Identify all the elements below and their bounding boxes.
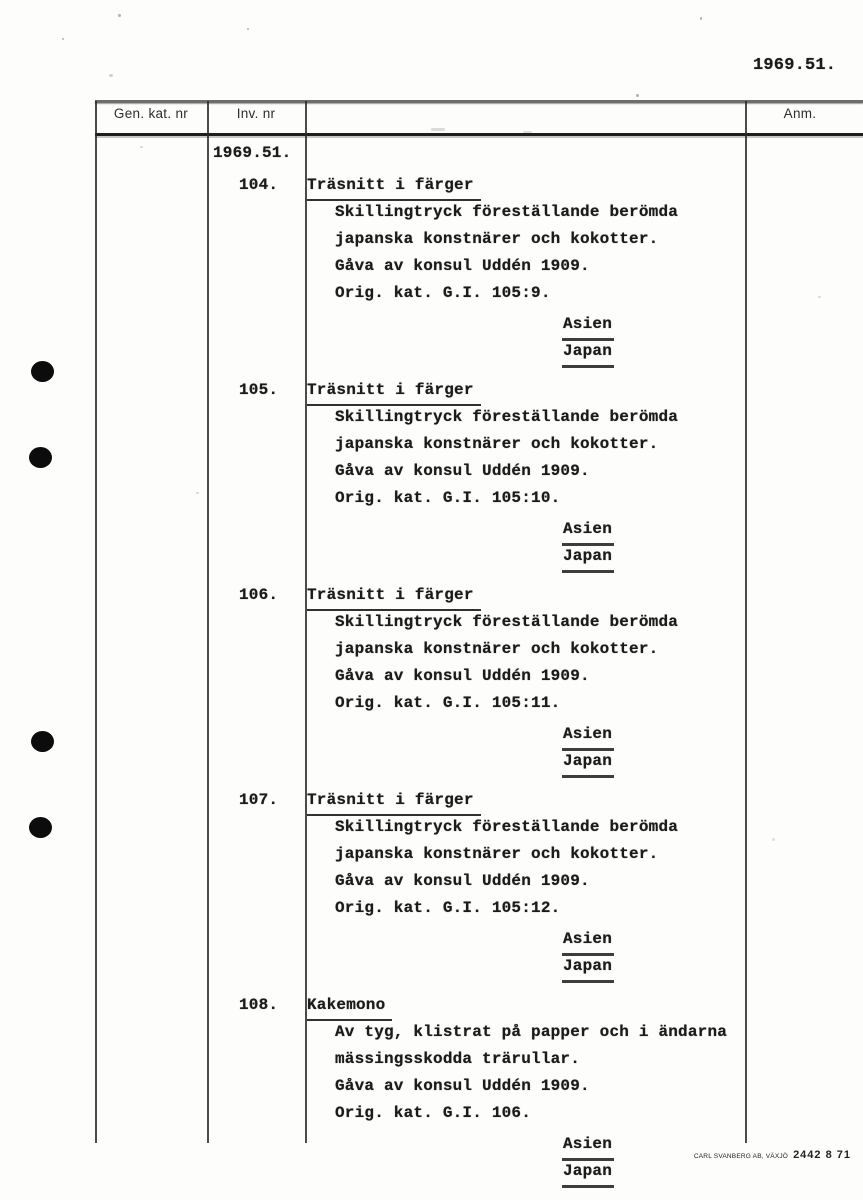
entry-title-text: Träsnitt i färger: [307, 172, 481, 201]
scan-speckle: [523, 131, 532, 133]
description-line: Orig. kat. G.I. 105:11.: [335, 690, 747, 717]
scan-speckle: [247, 28, 249, 30]
scan-speckle: [636, 94, 639, 97]
description-line: Gåva av konsul Uddén 1909.: [335, 663, 747, 690]
entry-title-text: Träsnitt i färger: [307, 582, 481, 611]
entry-title: Träsnitt i färger: [307, 172, 747, 199]
entry-title: Träsnitt i färger: [307, 377, 747, 404]
description-line: mässingsskodda trärullar.: [335, 1046, 747, 1073]
description-line: Skillingtryck föreställande berömda: [335, 609, 747, 636]
geo-tag: Japan: [562, 1158, 747, 1185]
entry-title: Kakemono: [307, 992, 747, 1019]
geo-tag: Asien: [562, 926, 747, 953]
entry-inv-nr: 108.: [239, 992, 278, 1019]
geo-tag: Asien: [562, 721, 747, 748]
scan-speckle: [109, 74, 113, 77]
table-left-border: [95, 101, 97, 1143]
description-line: Gåva av konsul Uddén 1909.: [335, 1073, 747, 1100]
scan-speckle: [431, 128, 445, 131]
punch-hole: [29, 447, 52, 468]
description-line: Orig. kat. G.I. 105:12.: [335, 895, 747, 922]
scan-speckle: [700, 17, 702, 20]
entry-inv-nr: 105.: [239, 377, 278, 404]
entry-description: Skillingtryck föreställande berömdajapan…: [335, 814, 747, 922]
description-line: japanska konstnärer och kokotter.: [335, 226, 747, 253]
entry-description: Skillingtryck föreställande berömdajapan…: [335, 404, 747, 512]
geo-tag: Asien: [562, 311, 747, 338]
description-line: Av tyg, klistrat på papper och i ändarna: [335, 1019, 747, 1046]
entry-inv-nr: 107.: [239, 787, 278, 814]
entry-tags: AsienJapan: [562, 926, 747, 980]
printer-code: 2442 8 71: [793, 1149, 851, 1161]
entry-tags: AsienJapan: [562, 311, 747, 365]
entry-description: Skillingtryck föreställande berömdajapan…: [335, 199, 747, 307]
column-header-anm: Anm.: [745, 106, 855, 121]
entry-title-text: Träsnitt i färger: [307, 377, 481, 406]
geo-tag-text: Asien: [562, 1131, 614, 1161]
geo-tag-text: Asien: [562, 721, 614, 751]
description-line: Skillingtryck föreställande berömda: [335, 199, 747, 226]
scan-speckle: [118, 14, 121, 17]
description-line: japanska konstnärer och kokotter.: [335, 431, 747, 458]
punch-hole: [29, 817, 52, 838]
scan-speckle: [62, 38, 64, 40]
geo-tag-text: Japan: [562, 953, 614, 983]
description-line: Orig. kat. G.I. 105:10.: [335, 485, 747, 512]
entry-title: Träsnitt i färger: [307, 787, 747, 814]
entry-tags: AsienJapan: [562, 516, 747, 570]
geo-tag: Japan: [562, 543, 747, 570]
punch-hole: [31, 361, 54, 382]
description-line: Gåva av konsul Uddén 1909.: [335, 253, 747, 280]
description-line: Gåva av konsul Uddén 1909.: [335, 868, 747, 895]
geo-tag-text: Asien: [562, 311, 614, 341]
geo-tag-text: Asien: [562, 516, 614, 546]
page-accession-number: 1969.51.: [753, 52, 836, 79]
printer-name: CARL SVANBERG AB, VÄXJÖ: [694, 1153, 788, 1160]
geo-tag-text: Japan: [562, 543, 614, 573]
entry-title: Träsnitt i färger: [307, 582, 747, 609]
column-header-gen-kat-nr: Gen. kat. nr: [95, 106, 207, 121]
description-line: Orig. kat. G.I. 105:9.: [335, 280, 747, 307]
entry-inv-nr: 104.: [239, 172, 278, 199]
geo-tag-text: Japan: [562, 1158, 614, 1188]
table-top-border: [95, 100, 863, 103]
scan-speckle: [772, 838, 775, 841]
entry-tags: AsienJapan: [562, 721, 747, 775]
printer-imprint: CARL SVANBERG AB, VÄXJÖ 2442 8 71: [694, 1149, 851, 1161]
entry-description: Skillingtryck föreställande berömdajapan…: [335, 609, 747, 717]
column-header-inv-nr: Inv. nr: [207, 106, 305, 121]
description-line: Gåva av konsul Uddén 1909.: [335, 458, 747, 485]
geo-tag: Asien: [562, 516, 747, 543]
geo-tag-text: Japan: [562, 748, 614, 778]
geo-tag: Japan: [562, 748, 747, 775]
geo-tag: Japan: [562, 953, 747, 980]
description-line: Orig. kat. G.I. 106.: [335, 1100, 747, 1127]
description-line: Skillingtryck föreställande berömda: [335, 404, 747, 431]
punch-hole: [31, 731, 54, 752]
entry-inv-nr: 106.: [239, 582, 278, 609]
table-header-divider: [95, 133, 863, 136]
geo-tag: Japan: [562, 338, 747, 365]
scan-speckle: [196, 492, 199, 494]
entry-title-text: Kakemono: [307, 992, 392, 1021]
scan-speckle: [140, 146, 143, 148]
column-divider-genkat-inv: [207, 101, 209, 1143]
entry-description: Av tyg, klistrat på papper och i ändarna…: [335, 1019, 747, 1127]
scan-speckle: [818, 296, 821, 298]
geo-tag-text: Asien: [562, 926, 614, 956]
accession-group-number: 1969.51.: [213, 140, 291, 167]
catalog-page: 1969.51. Gen. kat. nr Inv. nr Anm. 1969.…: [0, 0, 863, 1200]
geo-tag-text: Japan: [562, 338, 614, 368]
description-line: Skillingtryck föreställande berömda: [335, 814, 747, 841]
entry-title-text: Träsnitt i färger: [307, 787, 481, 816]
description-line: japanska konstnärer och kokotter.: [335, 636, 747, 663]
description-line: japanska konstnärer och kokotter.: [335, 841, 747, 868]
